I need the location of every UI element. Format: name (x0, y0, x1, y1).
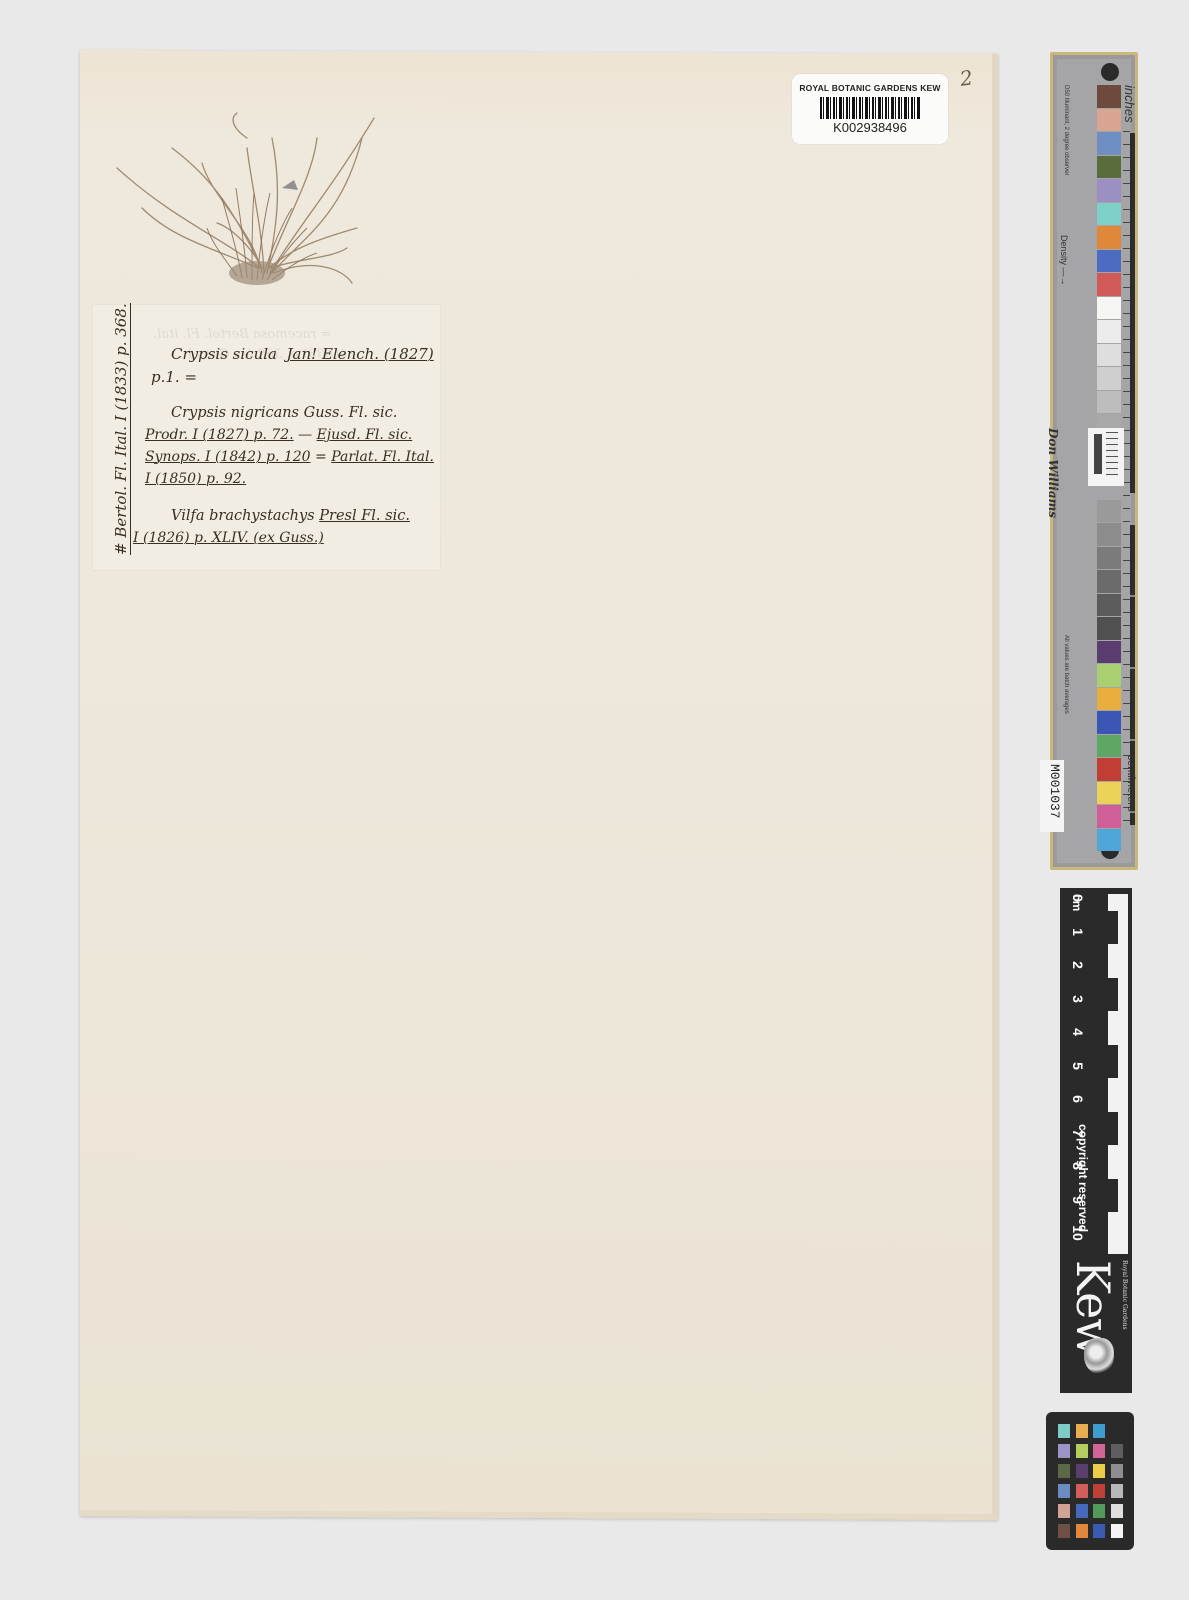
cm-tick-label: 4 (1070, 1028, 1086, 1036)
taxon-name: Vilfa brachystachys (171, 508, 315, 524)
color-swatch (1076, 1444, 1088, 1458)
color-swatch (1093, 1424, 1105, 1438)
barcode-label: ROYAL BOTANIC GARDENS KEW K002938496 (792, 74, 948, 144)
cm-segment (1108, 978, 1118, 1011)
color-patch (1097, 735, 1121, 758)
color-swatch (1076, 1504, 1088, 1518)
illuminant-note: D50 Illuminant, 2 degree observer (1063, 85, 1069, 175)
label-line-2: p.1. = (151, 368, 197, 386)
color-patch (1097, 203, 1121, 226)
density-label: Density —→ (1059, 235, 1069, 286)
color-patch (1097, 758, 1121, 781)
color-swatch (1093, 1504, 1105, 1518)
color-swatch (1093, 1524, 1105, 1538)
label-line-6: I (1850) p. 92. (145, 471, 246, 487)
mounting-hole-icon (1101, 63, 1119, 81)
separator: = (311, 449, 332, 465)
color-swatch (1093, 1484, 1105, 1498)
color-swatch (1058, 1424, 1070, 1438)
color-swatch (1111, 1424, 1123, 1438)
barcode-icon (820, 97, 920, 119)
barcode-number: K002938496 (792, 120, 948, 135)
plant-specimen-icon (112, 108, 392, 293)
values-note: All values are batch averages (1063, 635, 1069, 714)
color-swatch (1111, 1444, 1123, 1458)
color-patch (1097, 570, 1121, 593)
label-line-7: Vilfa brachystachys Presl Fl. sic. (171, 508, 410, 524)
color-patch (1097, 273, 1121, 296)
citation: I (1826) p. XLIV. (ex Guss.) (133, 530, 324, 546)
label-line-8: I (1826) p. XLIV. (ex Guss.) (133, 530, 324, 546)
taxon-name: Crypsis nigricans (171, 405, 299, 421)
cm-tick-label: 6 (1070, 1095, 1086, 1103)
cm-tick-label: 9 (1070, 1196, 1086, 1204)
color-swatch (1058, 1504, 1070, 1518)
color-checker-card (1046, 1412, 1134, 1550)
color-patch (1097, 297, 1121, 320)
color-patch (1097, 109, 1121, 132)
label-line-5: Synops. I (1842) p. 120 = Parlat. Fl. It… (145, 449, 434, 465)
color-patch (1097, 782, 1121, 805)
separator: — (294, 427, 317, 443)
color-swatch (1093, 1444, 1105, 1458)
color-swatch (1076, 1464, 1088, 1478)
color-patch (1097, 641, 1121, 664)
color-swatch (1058, 1524, 1070, 1538)
cm-segment (1108, 1179, 1118, 1212)
cm-tick-label: 3 (1070, 995, 1086, 1003)
color-swatch (1076, 1424, 1088, 1438)
color-patch (1097, 367, 1121, 390)
citation: I (1850) p. 92. (145, 471, 246, 487)
inch-ticks (1123, 131, 1130, 821)
page-mark: 2 (958, 65, 974, 91)
cm-segment (1108, 911, 1118, 944)
kew-logo-subtitle: Royal Botanic Gardens (1121, 1260, 1128, 1330)
determination-label: = racemosa Bertol. Fl. ital. (1833) p. 3… (93, 305, 440, 570)
color-swatch (1076, 1524, 1088, 1538)
citation: Guss. Fl. sic. (304, 405, 398, 421)
color-patch (1097, 85, 1121, 108)
cm-scale-bar: cm copyright reserved Kew Royal Botanic … (1060, 888, 1132, 1393)
color-patch (1097, 179, 1121, 202)
color-patch (1097, 688, 1121, 711)
citation: Presl Fl. sic. (319, 508, 410, 524)
brand-label: Don Williams (1046, 428, 1060, 518)
color-swatch (1076, 1484, 1088, 1498)
color-swatch (1111, 1464, 1123, 1478)
color-swatch (1058, 1484, 1070, 1498)
chart-id: M001037 (1040, 760, 1064, 832)
copyright-text: copyright reserved (1076, 1124, 1090, 1232)
color-swatch (1111, 1524, 1123, 1538)
color-patch (1097, 250, 1121, 273)
label-line-1: Crypsis sicula Jan! Elench. (1827) (171, 345, 434, 363)
label-line-4: Prodr. I (1827) p. 72. — Ejusd. Fl. sic. (145, 427, 412, 443)
color-patch (1097, 711, 1121, 734)
color-patch (1097, 547, 1121, 570)
color-patch (1097, 156, 1121, 179)
cm-tick-label: 2 (1070, 961, 1086, 969)
citation: Prodr. I (1827) p. 72. (145, 427, 294, 443)
color-patch (1097, 523, 1121, 546)
color-patch (1097, 664, 1121, 687)
color-swatch (1093, 1464, 1105, 1478)
citation: Jan! Elench. (1827) (287, 345, 434, 363)
cm-tick-label: 10 (1070, 1225, 1086, 1241)
ghost-text: = racemosa Bertol. Fl. ital. (153, 327, 331, 342)
chart-id-text: M001037 (1047, 764, 1062, 819)
scale-bar (1130, 133, 1135, 493)
kew-crest-icon (1084, 1338, 1114, 1374)
color-swatch (1058, 1464, 1070, 1478)
citation: Synops. I (1842) p. 120 (145, 449, 311, 465)
cm-tick-label: 5 (1070, 1062, 1086, 1070)
color-patch (1097, 391, 1121, 414)
cm-segment (1108, 1112, 1118, 1145)
cm-tick-label: 1 (1070, 928, 1086, 936)
cm-segment (1108, 1045, 1118, 1078)
color-patch (1097, 594, 1121, 617)
cm-tick-label: 8 (1070, 1162, 1086, 1170)
color-swatch (1111, 1504, 1123, 1518)
color-patch (1097, 829, 1121, 852)
label-line-3: Crypsis nigricans Guss. Fl. sic. (171, 405, 397, 421)
color-patch (1097, 617, 1121, 640)
color-swatch (1058, 1444, 1070, 1458)
citation: Parlat. Fl. Ital. (331, 449, 434, 465)
vertical-citation: # Bertol. Fl. Ital. I (1833) p. 368. (112, 303, 131, 555)
institution-name: ROYAL BOTANIC GARDENS KEW (792, 83, 948, 93)
color-patch (1097, 132, 1121, 155)
color-patch (1097, 500, 1121, 523)
color-patch (1097, 344, 1121, 367)
color-patch (1097, 226, 1121, 249)
taxon-name: Crypsis sicula (171, 345, 277, 363)
centimeters-label: centimeters (1125, 755, 1137, 812)
inches-label: inches (1122, 85, 1137, 123)
color-patch (1097, 805, 1121, 828)
color-patch (1097, 320, 1121, 343)
cm-tick-label: 7 (1070, 1129, 1086, 1137)
citation: Ejusd. Fl. sic. (317, 427, 413, 443)
color-swatch (1111, 1484, 1123, 1498)
cm-tick-label: 0 (1070, 894, 1086, 902)
gray-target-icon (1088, 428, 1124, 486)
